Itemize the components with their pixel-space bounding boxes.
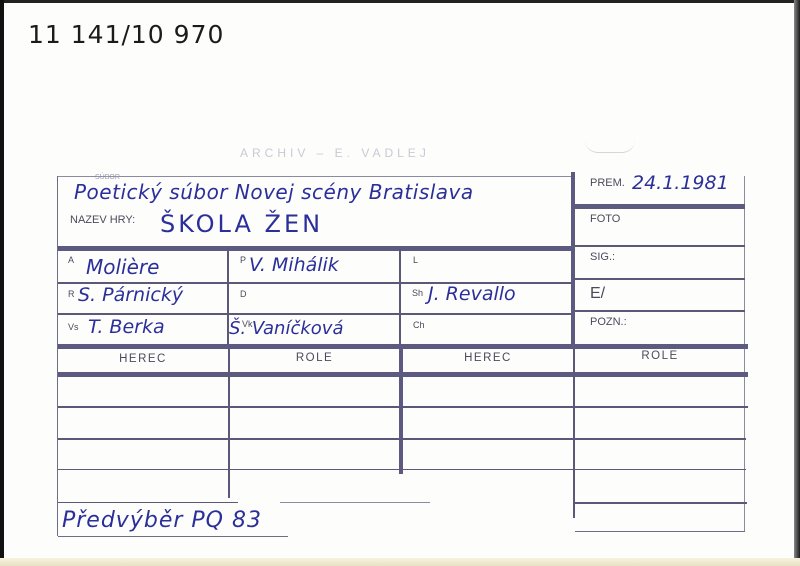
- table-row: [58, 502, 238, 503]
- credit-code-choreography: Ch: [413, 320, 425, 330]
- credit-director: S. Párnický: [78, 284, 183, 306]
- scan-edge-top: [0, 0, 800, 3]
- column-header-role: ROLE: [575, 350, 745, 362]
- scan-edge-left: [0, 0, 4, 566]
- title-label: NAZEV HRY:: [70, 214, 135, 226]
- ensemble-value: Poetický súbor Novej scény Bratislava: [74, 180, 474, 204]
- rule: [573, 204, 745, 209]
- rule: [228, 348, 230, 498]
- table-row: [58, 406, 748, 408]
- archive-number: 11 141/10 970: [28, 20, 224, 49]
- rule: [573, 278, 745, 280]
- rule: [58, 344, 748, 349]
- rule: [58, 536, 288, 537]
- credit-music: J. Revallo: [428, 283, 516, 305]
- rule: [58, 176, 572, 177]
- e-label: E/: [590, 285, 605, 303]
- rule: [573, 348, 575, 518]
- table-row: [58, 438, 746, 440]
- credit-author: Molière: [86, 255, 159, 279]
- column-header-actor: HEREC: [58, 353, 228, 365]
- credit-costumes: Š. Vaníčková: [229, 318, 344, 339]
- credit-code-music: Sh: [412, 288, 423, 298]
- pozn-label: POZN.:: [590, 316, 627, 328]
- column-header-actor: HEREC: [403, 352, 573, 364]
- rule: [58, 313, 572, 315]
- column-header-role: ROLE: [230, 352, 399, 364]
- sig-label: SIG.:: [590, 251, 615, 263]
- credit-code-author: A: [68, 255, 74, 265]
- rule: [575, 531, 745, 532]
- credit-code-director: R: [68, 289, 75, 299]
- rule: [399, 248, 401, 346]
- table-row: [58, 469, 746, 470]
- scan-edge-bottom: [0, 558, 800, 566]
- premiere-label: PREM.: [590, 177, 625, 189]
- table-row: [575, 502, 747, 504]
- table-row: [280, 502, 430, 503]
- rule: [573, 245, 745, 247]
- footer-note: Předvýběr PQ 83: [62, 508, 262, 533]
- rule: [58, 372, 748, 377]
- premiere-date: 24.1.1981: [632, 172, 729, 194]
- credit-code-d: D: [240, 289, 247, 299]
- scan-edge-right: [794, 0, 800, 566]
- credit-code-translation: P: [240, 255, 246, 265]
- faded-mark: [585, 140, 635, 153]
- right-block-divider: [571, 172, 575, 346]
- rule: [573, 310, 745, 312]
- archive-stamp: ARCHIV – E. VADLEJ: [240, 146, 430, 160]
- foto-label: FOTO: [590, 213, 620, 225]
- credit-code-l: L: [413, 255, 418, 265]
- title-value: ŠKOLA ŽEN: [160, 210, 323, 238]
- credit-translation: V. Mihálik: [249, 254, 339, 276]
- credit-set: T. Berka: [88, 316, 165, 338]
- rule: [58, 246, 572, 251]
- credit-code-set: Vs: [68, 322, 79, 332]
